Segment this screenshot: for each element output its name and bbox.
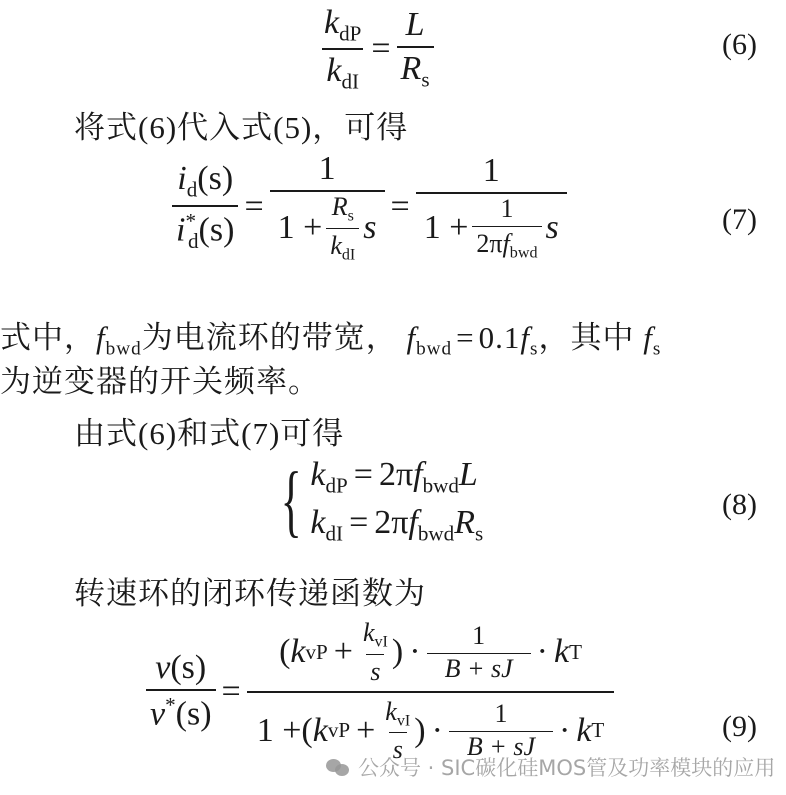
dot: · [432,712,443,750]
var-v: v [150,696,165,733]
watermark-label: 公众号 · SIC碳化硅MOS管及功率模块的应用 [358,752,775,782]
numerator-one: 1 [479,152,504,192]
left-brace: { [281,461,302,541]
sub-s: s [421,68,429,92]
fraction-l-over-rs: L Rs [397,6,434,92]
equals: = [391,188,410,226]
watermark: 公众号 · SIC碳化硅MOS管及功率模块的应用 [326,752,775,782]
var-s: s [363,209,376,247]
sub-dp: dP [339,21,361,45]
sub-vp: vP [328,718,350,743]
plus: + [334,633,353,671]
paren-s: (s) [170,649,206,686]
var-r: R [332,192,348,221]
sub-vp: vP [305,640,327,665]
one-plus: 1 + [257,712,302,750]
equation-system: kdP=2πfbwdL kdI=2πfbwdRs [310,456,483,547]
var-k: k [576,712,591,750]
var-l: L [459,456,478,493]
var-r: R [401,50,422,87]
wechat-icon [326,757,350,777]
equation-9: v(s) v*(s) = (kvP+ kvIs )· 1B + sJ ·kT 1… [146,618,614,765]
dot: · [559,712,570,750]
equation-number-9: (9) [722,710,757,744]
equation-7: id(s) i*d(s) = 1 1 + Rs kdI s = 1 1 + 1 … [172,150,567,264]
sub-di: dI [326,522,344,546]
sub-vi: vI [397,712,410,729]
plus: + [356,712,375,750]
sub-d: d [187,178,198,202]
sub-t: T [569,640,582,665]
dot: · [409,633,420,671]
fraction-rs-over-kdi: Rs kdI [326,192,359,264]
equals: = [222,673,241,711]
paren-s: (s) [197,160,233,197]
rparen: ) [414,712,425,750]
sub-bwd: bwd [423,473,459,497]
var-r: R [454,504,475,541]
text-line-speed-loop: 转速环的闭环传递函数为 [74,568,426,613]
two-pi: 2π [379,456,413,493]
b-plus-sj: B + sJ [427,653,531,684]
var-f: f [520,320,530,355]
var-l: L [402,6,429,46]
two-pi: 2π [476,229,502,258]
sub-vi: vI [374,634,387,651]
text-bandwidth: 为电流环的带宽， [142,320,398,355]
equation-8-row-2: kdI=2πfbwdRs [310,504,483,546]
lparen: ( [301,712,312,750]
var-k: k [310,456,325,493]
var-f: f [413,456,422,493]
equals: = [371,30,390,68]
one-plus: 1 + [424,209,469,247]
equation-8: { kdP=2πfbwdL kdI=2πfbwdRs [272,456,483,547]
equation-8-row-1: kdP=2πfbwdL [310,456,483,498]
numerator-one: 1 [315,150,340,190]
equation-number-8: (8) [722,488,757,522]
two-pi: 2π [374,504,408,541]
fraction-one-over-bsj: 1B + sJ [427,621,531,684]
text-line-substitute: 将式(6)代入式(5)，可得 [74,102,408,147]
sub-dp: dP [326,473,348,497]
equals: = [244,188,263,226]
sub-d: d [188,229,199,253]
text-line-bandwidth: 式中，fbwd为电流环的带宽， fbwd=0.1fs，其中 fs [0,312,661,361]
numerator: (kvP+ kvIs )· 1B + sJ ·kT [269,618,592,691]
sub-di: dI [342,246,355,263]
sub-s: s [475,522,483,546]
var-k: k [554,633,569,671]
text-line-from-eq: 由式(6)和式(7)可得 [74,408,344,453]
var-f: f [408,504,417,541]
dot: · [537,633,548,671]
var-k: k [313,712,328,750]
numerator-one: 1 [496,194,517,226]
var-s: s [546,209,559,247]
fraction-closed-loop: (kvP+ kvIs )· 1B + sJ ·kT 1 + (kvP+ kvIs… [247,618,615,765]
equals: = [456,320,474,355]
sub-bwd: bwd [418,522,454,546]
equals: = [349,504,368,541]
equals: = [354,456,373,493]
fraction-mid: 1 1 + Rs kdI s [270,150,385,264]
var-f: f [643,320,653,355]
fraction-id-ratio: id(s) i*d(s) [172,160,238,253]
text-line-switching-freq: 为逆变器的开关频率。 [0,356,320,401]
var-k: k [385,697,397,726]
var-k: k [324,4,339,41]
var-f: f [96,320,106,355]
numerator-one: 1 [468,621,489,653]
rparen: ) [392,633,403,671]
equation-6: kdP kdI = L Rs [320,4,434,95]
fraction-v-ratio: v(s) v*(s) [146,649,216,734]
sub-di: dI [341,70,359,94]
var-s: s [366,654,384,687]
fraction-kvi-over-s: kvIs [359,618,392,687]
equation-number-7: (7) [722,203,757,237]
sub-s: s [530,339,538,360]
numerator-one: 1 [490,699,511,731]
sub-bwd: bwd [510,244,538,261]
sub-s: s [653,339,661,360]
var-f: f [406,320,416,355]
paren-s: (s) [199,211,235,248]
text-qizhong: ，其中 [539,320,635,355]
var-k: k [326,52,341,89]
sub-t: T [591,718,604,743]
paren-s: (s) [176,696,212,733]
equation-number-6: (6) [722,28,757,62]
var-f: f [503,229,510,258]
var-k: k [290,633,305,671]
var-k: k [330,231,342,260]
lparen: ( [279,633,290,671]
fraction-one-over-2pif: 1 2πfbwd [472,194,541,263]
value-0-1: 0.1 [479,320,521,355]
text-shizhong: 式中， [0,320,96,355]
one-plus: 1 + [278,209,323,247]
var-i: i [177,160,186,197]
var-k: k [363,618,375,647]
var-k: k [310,504,325,541]
sub-s: s [348,208,354,225]
sub-bwd: bwd [416,339,452,360]
fraction-kdp-over-kdi: kdP kdI [320,4,365,95]
sup-star: * [165,693,176,717]
var-v: v [155,649,170,686]
fraction-right: 1 1 + 1 2πfbwd s [416,152,567,263]
